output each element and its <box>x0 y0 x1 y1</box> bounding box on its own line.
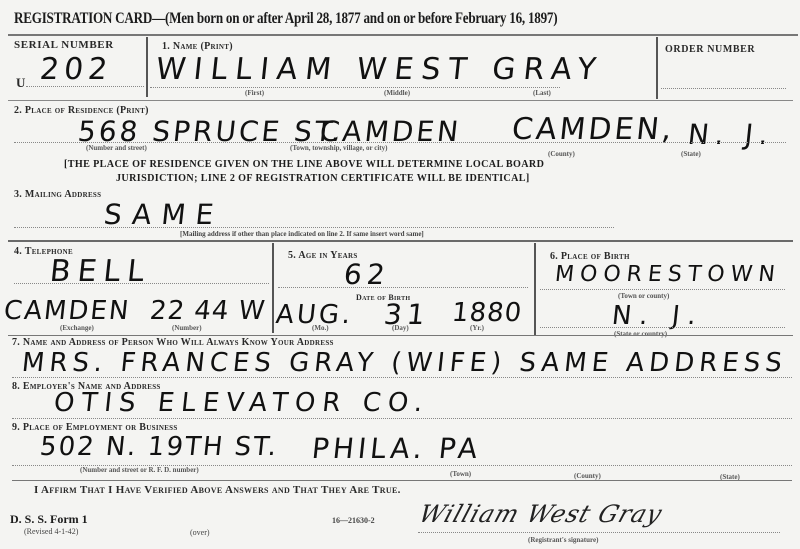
registrant-signature: William West Gray <box>415 500 666 528</box>
telephone-exchange: CAMDEN <box>2 296 131 326</box>
age-divider <box>272 243 274 333</box>
residence-sub-state: (State) <box>681 150 701 158</box>
signature-sub: (Registrant's signature) <box>528 536 598 544</box>
title-rule <box>8 34 798 36</box>
residence-notice-line1: [THE PLACE OF RESIDENCE GIVEN ON THE LIN… <box>64 158 544 170</box>
employment-place-street: 502 N. 19TH ST. <box>38 432 279 462</box>
dob-year: 1880 <box>450 298 523 328</box>
dob-sub-month: (Mo.) <box>312 324 329 332</box>
contact-label: 7. Name and Address of Person Who Will A… <box>12 337 334 348</box>
mailing-underline <box>14 227 614 228</box>
serial-divider <box>146 37 148 97</box>
serial-number-label: SERIAL NUMBER <box>14 39 114 51</box>
row1-rule <box>8 100 793 101</box>
residence-underline <box>14 142 786 143</box>
serial-prefix: U <box>16 75 26 91</box>
order-number-label: ORDER NUMBER <box>665 44 755 55</box>
row4-rule <box>8 335 793 336</box>
residence-sub-town: (Town, township, village, or city) <box>290 144 387 152</box>
affirmation-text: I Affirm That I Have Verified Above Answ… <box>34 484 401 496</box>
residence-state: N. J. <box>686 118 775 151</box>
birthplace-town: MOORESTOWN <box>554 262 782 287</box>
employer-underline <box>12 418 792 419</box>
form-print-code: 16—21630-2 <box>332 516 375 525</box>
telephone-underline <box>14 283 269 284</box>
form-name: D. S. S. Form 1 <box>10 512 88 527</box>
age-underline <box>278 287 528 288</box>
registration-card: REGISTRATION CARD—(Men born on or after … <box>0 0 800 549</box>
dob-sub-day: (Day) <box>392 324 409 332</box>
row3-rule <box>8 240 793 242</box>
employment-sub-street: (Number and street or R. F. D. number) <box>80 466 199 474</box>
name-sub-last: (Last) <box>533 89 551 97</box>
row9-rule <box>12 480 792 481</box>
signature-line <box>418 532 780 533</box>
name-label: 1. Name (Print) <box>162 41 233 52</box>
birthplace-underline <box>540 289 785 290</box>
employment-sub-town: (Town) <box>450 470 471 478</box>
contact-underline <box>12 377 792 378</box>
birthplace-state-underline <box>540 327 785 328</box>
dob-sub-year: (Yr.) <box>470 324 484 332</box>
mailing-address-note: [Mailing address if other than place ind… <box>180 230 424 238</box>
name-value: WILLIAM WEST GRAY <box>154 52 605 87</box>
birthplace-sub-state: (State or country) <box>614 330 667 338</box>
residence-sub-street: (Number and street) <box>86 144 147 152</box>
form-revised: (Revised 4-1-42) <box>24 527 78 536</box>
birthplace-label: 6. Place of Birth <box>550 251 630 262</box>
telephone-sub-exchange: (Exchange) <box>60 324 94 332</box>
serial-underline <box>26 86 144 87</box>
residence-sub-county: (County) <box>548 150 575 158</box>
residence-notice-line2: JURISDICTION; LINE 2 OF REGISTRATION CER… <box>116 172 530 184</box>
serial-number-value: 202 <box>38 52 114 87</box>
form-over: (over) <box>190 528 210 537</box>
name-sub-first: (First) <box>245 89 264 97</box>
name-underline <box>150 87 560 88</box>
name-sub-middle: (Middle) <box>384 89 410 97</box>
employment-sub-county: (County) <box>574 472 601 480</box>
birthplace-sub-town: (Town or county) <box>618 292 669 300</box>
telephone-sub-number: (Number) <box>172 324 202 332</box>
card-title: REGISTRATION CARD—(Men born on or after … <box>14 10 557 28</box>
employer-value: OTIS ELEVATOR CO. <box>52 388 431 418</box>
birthplace-divider <box>534 243 536 335</box>
contact-value: MRS. FRANCES GRAY (WIFE) SAME ADDRESS <box>20 348 788 378</box>
mailing-address-label: 3. Mailing Address <box>14 189 101 200</box>
employment-place-town: PHILA. PA <box>310 432 483 465</box>
order-divider <box>656 37 658 99</box>
order-number-line <box>661 88 786 89</box>
telephone-number: 22 44 W <box>148 296 267 326</box>
